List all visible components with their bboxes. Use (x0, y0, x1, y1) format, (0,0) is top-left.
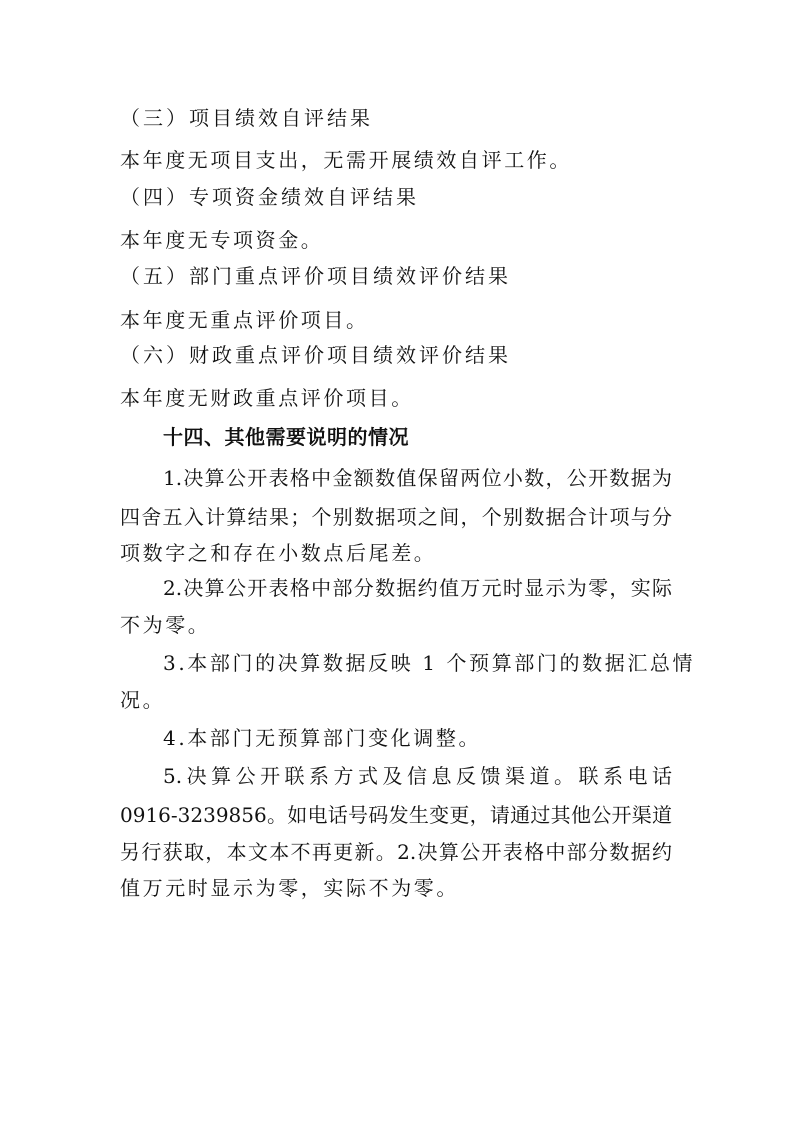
section-body-6: 本年度无财政重点评价项目。 (120, 386, 672, 410)
section-heading-4: （四）专项资金绩效自评结果 (120, 185, 672, 209)
item-4-line-1: 4.本部门无预算部门变化调整。 (163, 726, 715, 750)
item-1-line-1: 1.决算公开表格中金额数值保留两位小数，公开数据为 (163, 466, 672, 490)
item-1-line-3: 项数字之和存在小数点后尾差。 (120, 541, 672, 565)
item-5-line-1: 5.决算公开联系方式及信息反馈渠道。联系电话 (163, 764, 672, 788)
section-body-4: 本年度无专项资金。 (120, 228, 672, 252)
section-heading-6: （六）财政重点评价项目绩效评价结果 (120, 343, 672, 367)
item-2-line-2: 不为零。 (120, 613, 672, 637)
section-heading-3: （三）项目绩效自评结果 (120, 106, 672, 130)
item-5-line-2: 0916-3239856。如电话号码发生变更，请通过其他公开渠道 (120, 803, 672, 827)
item-1-line-2: 四舍五入计算结果；个别数据项之间，个别数据合计项与分 (120, 505, 672, 529)
item-5-line-3: 另行获取，本文本不再更新。2.决算公开表格中部分数据约 (120, 840, 672, 864)
item-2-line-1: 2.决算公开表格中部分数据约值万元时显示为零，实际 (163, 576, 672, 600)
section-heading-5: （五）部门重点评价项目绩效评价结果 (120, 264, 672, 288)
item-3-line-2: 况。 (120, 688, 672, 712)
item-3-line-1: 3.本部门的决算数据反映 1 个预算部门的数据汇总情 (163, 651, 663, 675)
item-5-line-4: 值万元时显示为零，实际不为零。 (120, 876, 672, 900)
section-body-5: 本年度无重点评价项目。 (120, 308, 672, 332)
section-body-3: 本年度无项目支出，无需开展绩效自评工作。 (120, 148, 672, 172)
other-heading: 十四、其他需要说明的情况 (163, 425, 715, 449)
